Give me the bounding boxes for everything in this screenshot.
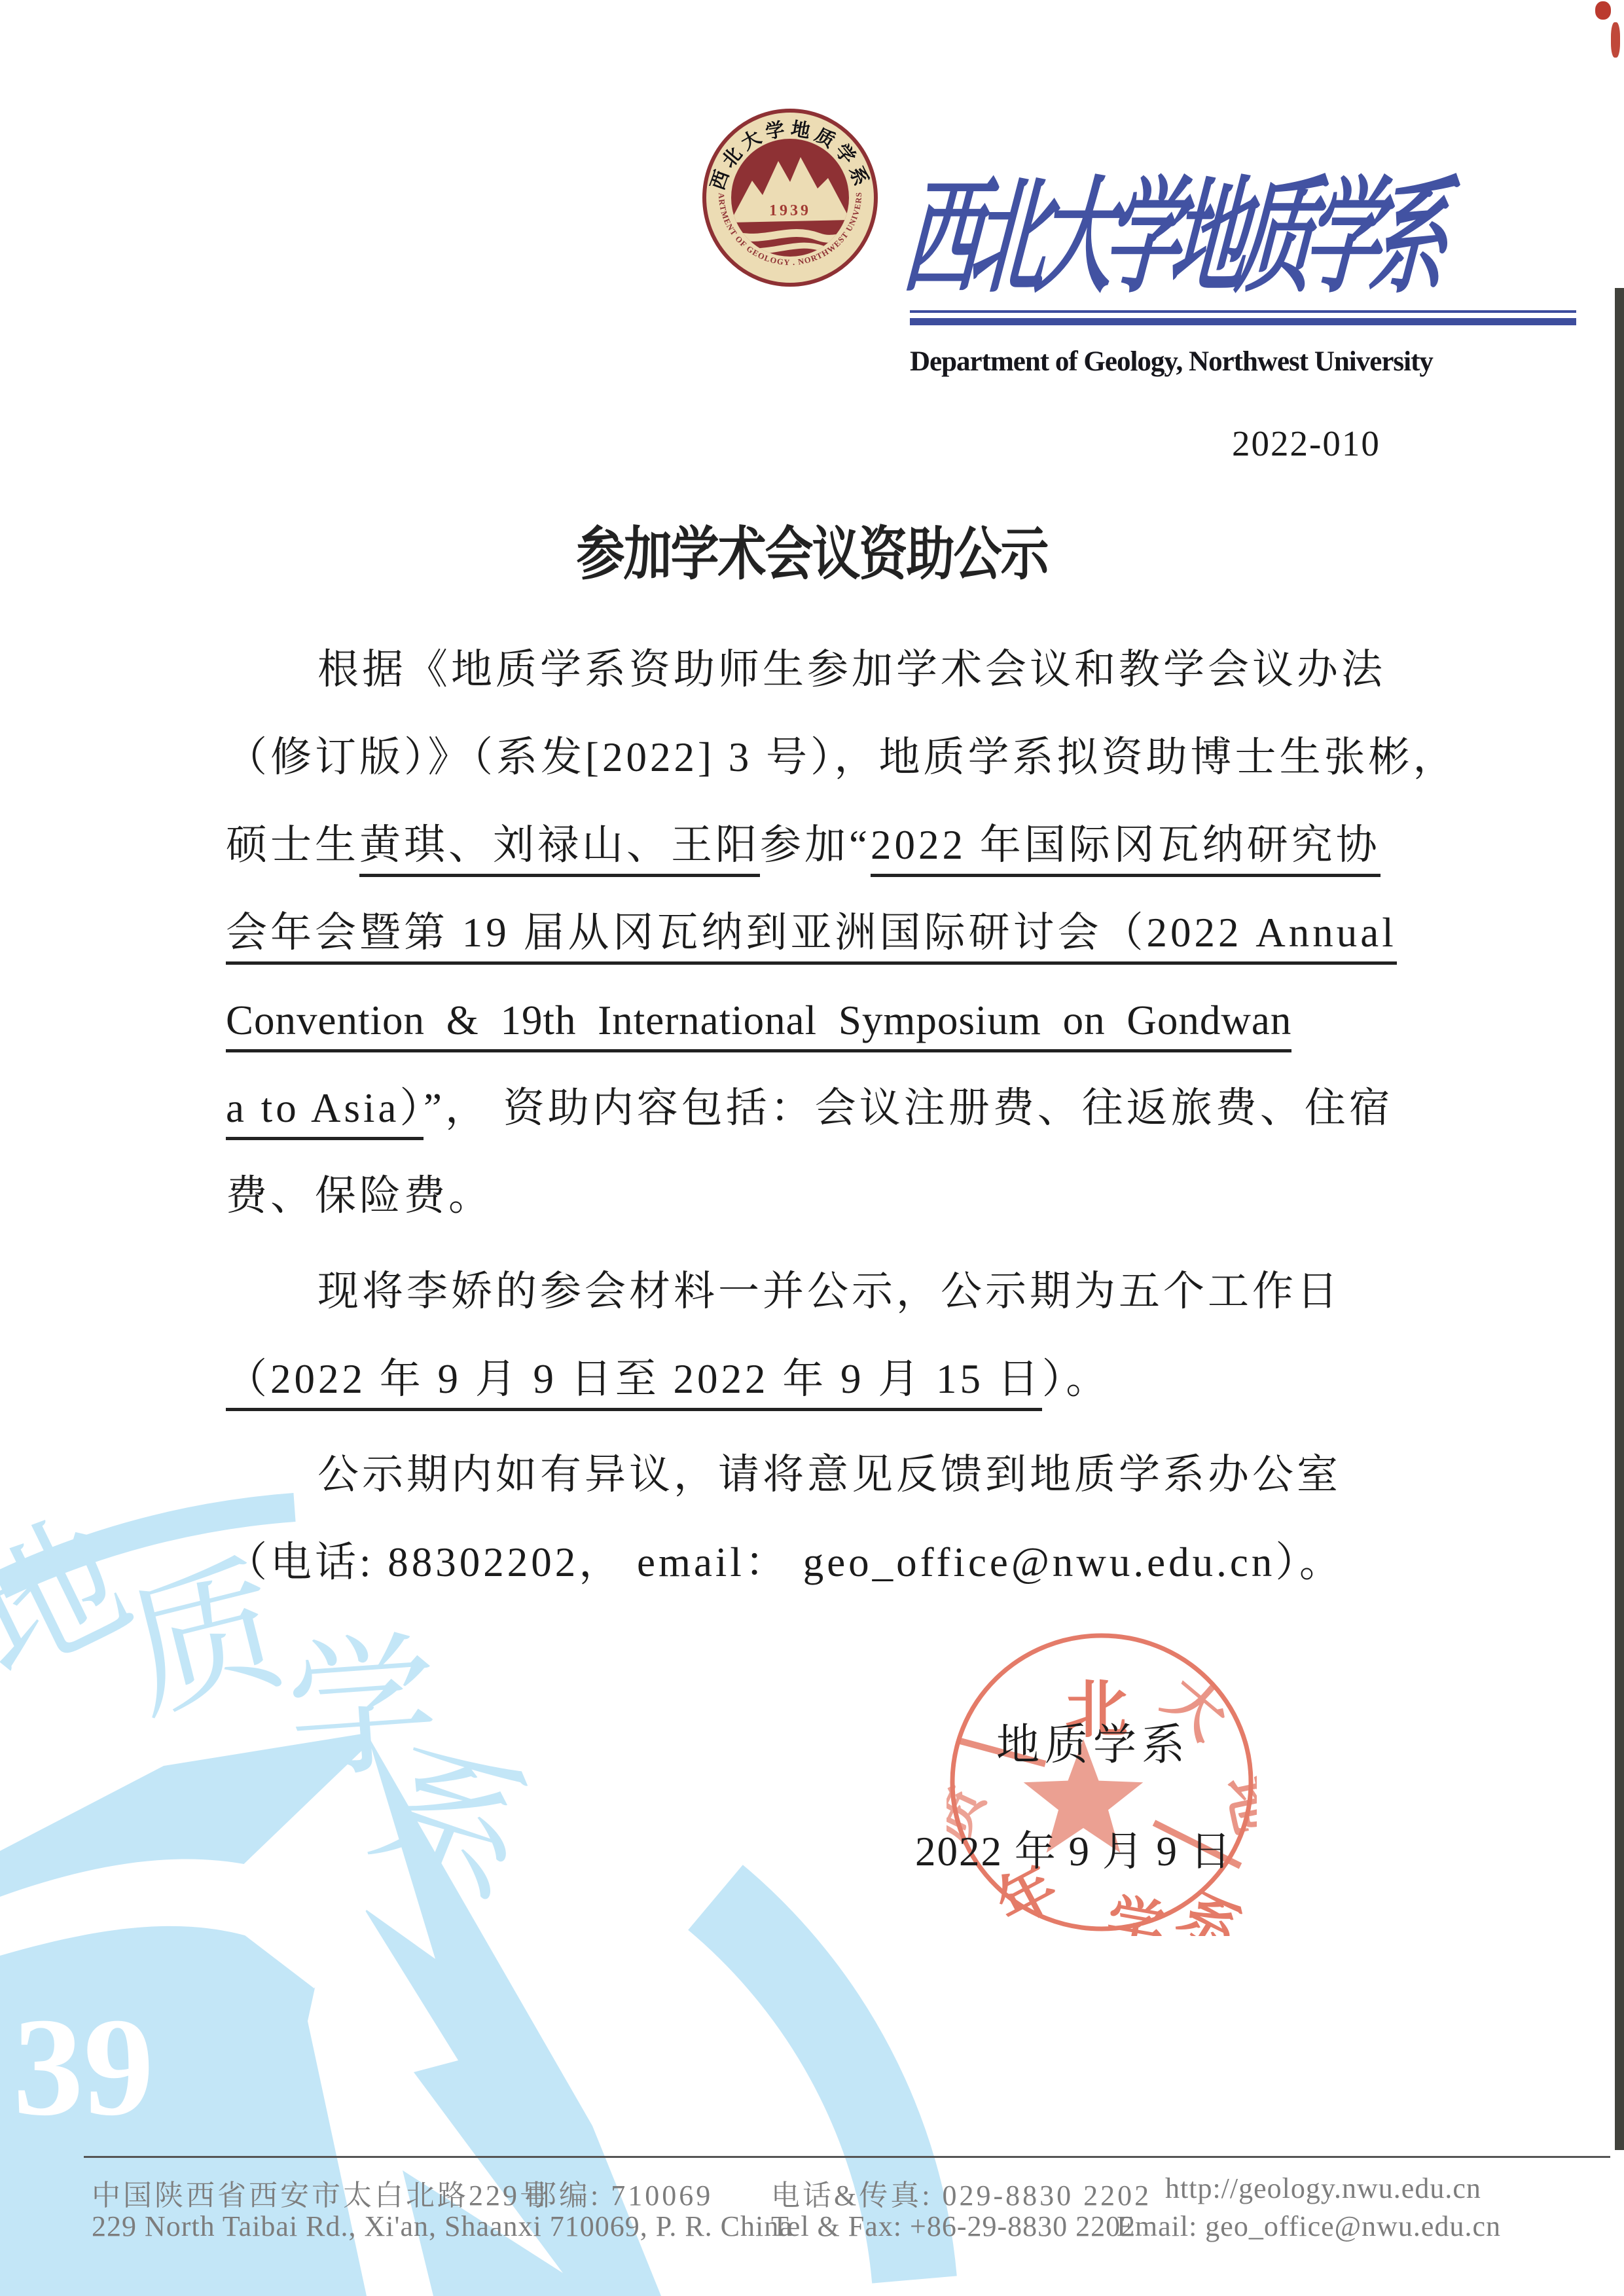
header-divider — [910, 310, 1576, 325]
department-subtitle-en: Department of Geology, Northwest Univers… — [910, 346, 1433, 378]
body-line: （2022 年 9 月 9 日至 2022 年 9 月 15 日）。 — [226, 1335, 1404, 1423]
doc-number: 2022-010 — [1232, 423, 1380, 464]
footer-email: Email: geo_office@nwu.edu.cn — [1117, 2210, 1501, 2243]
footer-divider — [84, 2156, 1610, 2158]
body-line: Convention & 19th International Symposiu… — [226, 977, 1404, 1064]
footer-postcode: 邮编: 710069 — [528, 2172, 713, 2214]
signature-date: 2022 年 9 月 9 日 — [915, 1818, 1233, 1878]
text-segment: （电话: 88302202， email： geo_office@nwu.edu… — [226, 1539, 1344, 1585]
body-line: 费、保险费。 — [226, 1152, 1404, 1240]
stamp-char: 学 — [1102, 1890, 1170, 1936]
footer-address-cn: 中国陕西省西安市太白北路229号 — [92, 2172, 551, 2214]
text-segment: 硕士生 — [226, 822, 359, 868]
watermark-year-fragment: 39 — [13, 1988, 154, 2145]
text-segment: 费、保险费。 — [226, 1173, 493, 1219]
watermark-mountain — [203, 1743, 435, 1988]
text-segment: 根据《地质学系资助师生参加学术会议和教学会议办法 — [317, 647, 1386, 692]
footer-tel-en: Tel & Fax: +86-29-8830 2202 — [771, 2210, 1136, 2243]
seal-year: 1939 — [769, 202, 811, 219]
signature-name: 地质学系 — [996, 1710, 1190, 1772]
body-line: 会年会暨第 19 届从冈瓦纳到亚洲国际研讨会（2022 Annual — [226, 889, 1404, 977]
watermark-char: 系 — [351, 1719, 553, 1931]
scan-red-speck — [1611, 22, 1620, 58]
watermark-char: 学 — [282, 1621, 444, 1797]
text-segment: 现将李娇的参会材料一并公示，公示期为五个工作日 — [317, 1268, 1341, 1314]
watermark-swoosh — [0, 1859, 367, 1982]
body-line: （修订版）》（系发[2022] 3 号），地质学系拟资助博士生张彬， — [226, 713, 1404, 801]
underlined-text: a to Asia） — [226, 1085, 424, 1140]
body-line: 现将李娇的参会材料一并公示，公示期为五个工作日 — [226, 1247, 1404, 1335]
scan-edge-artifact — [1615, 288, 1624, 2150]
footer-website: http://geology.nwu.edu.cn — [1165, 2172, 1481, 2205]
underlined-text: 黄琪、刘禄山、王阳 — [359, 822, 760, 877]
text-segment: 公示期内如有异议，请将意见反馈到地质学系办公室 — [317, 1452, 1341, 1498]
text-segment: ）。 — [1042, 1356, 1111, 1402]
body-line: 硕士生黄琪、刘禄山、王阳参加“2022 年国际冈瓦纳研究协 — [226, 801, 1404, 889]
body-text: 根据《地质学系资助师生参加学术会议和教学会议办法（修订版）》（系发[2022] … — [226, 626, 1404, 1606]
document-page: 39 地 质 学 系 西北大学地质学系 DEPARTMENT OF GEOLOG… — [0, 0, 1624, 2296]
department-seal-logo: 西北大学地质学系 DEPARTMENT OF GEOLOGY . NORTHWE… — [702, 109, 878, 287]
underlined-text: 会年会暨第 19 届从冈瓦纳到亚洲国际研讨会（2022 Annual — [226, 910, 1397, 965]
underlined-text: Convention & 19th International Symposiu… — [226, 997, 1291, 1052]
official-stamp: 北 大 质 地 年 学 系 — [947, 1628, 1257, 1936]
scan-red-speck — [1595, 1, 1611, 20]
watermark-char: 地 — [0, 1492, 152, 1708]
underlined-text: 2022 年国际冈瓦纳研究协 — [871, 822, 1380, 877]
text-segment: ”， 资助内容包括：会议注册费、往返旅费、住宿 — [424, 1085, 1394, 1131]
notice-title: 参加学术会议资助公示 — [0, 508, 1624, 591]
body-line: 公示期内如有异议，请将意见反馈到地质学系办公室 — [226, 1431, 1404, 1518]
body-line: a to Asia）”， 资助内容包括：会议注册费、往返旅费、住宿 — [226, 1064, 1404, 1152]
underlined-text: （2022 年 9 月 9 日至 2022 年 9 月 15 日 — [226, 1356, 1042, 1411]
footer-tel-cn: 电话&传真: 029-8830 2202 — [771, 2172, 1151, 2214]
body-line: （电话: 88302202， email： geo_office@nwu.edu… — [226, 1518, 1404, 1606]
body-line: 根据《地质学系资助师生参加学术会议和教学会议办法 — [226, 626, 1404, 713]
text-segment: 参加“ — [760, 822, 871, 868]
footer-address-en: 229 North Taibai Rd., Xi'an, Shaanxi 710… — [92, 2210, 793, 2243]
text-segment: （修订版）》（系发[2022] 3 号），地质学系拟资助博士生张彬， — [226, 734, 1457, 780]
